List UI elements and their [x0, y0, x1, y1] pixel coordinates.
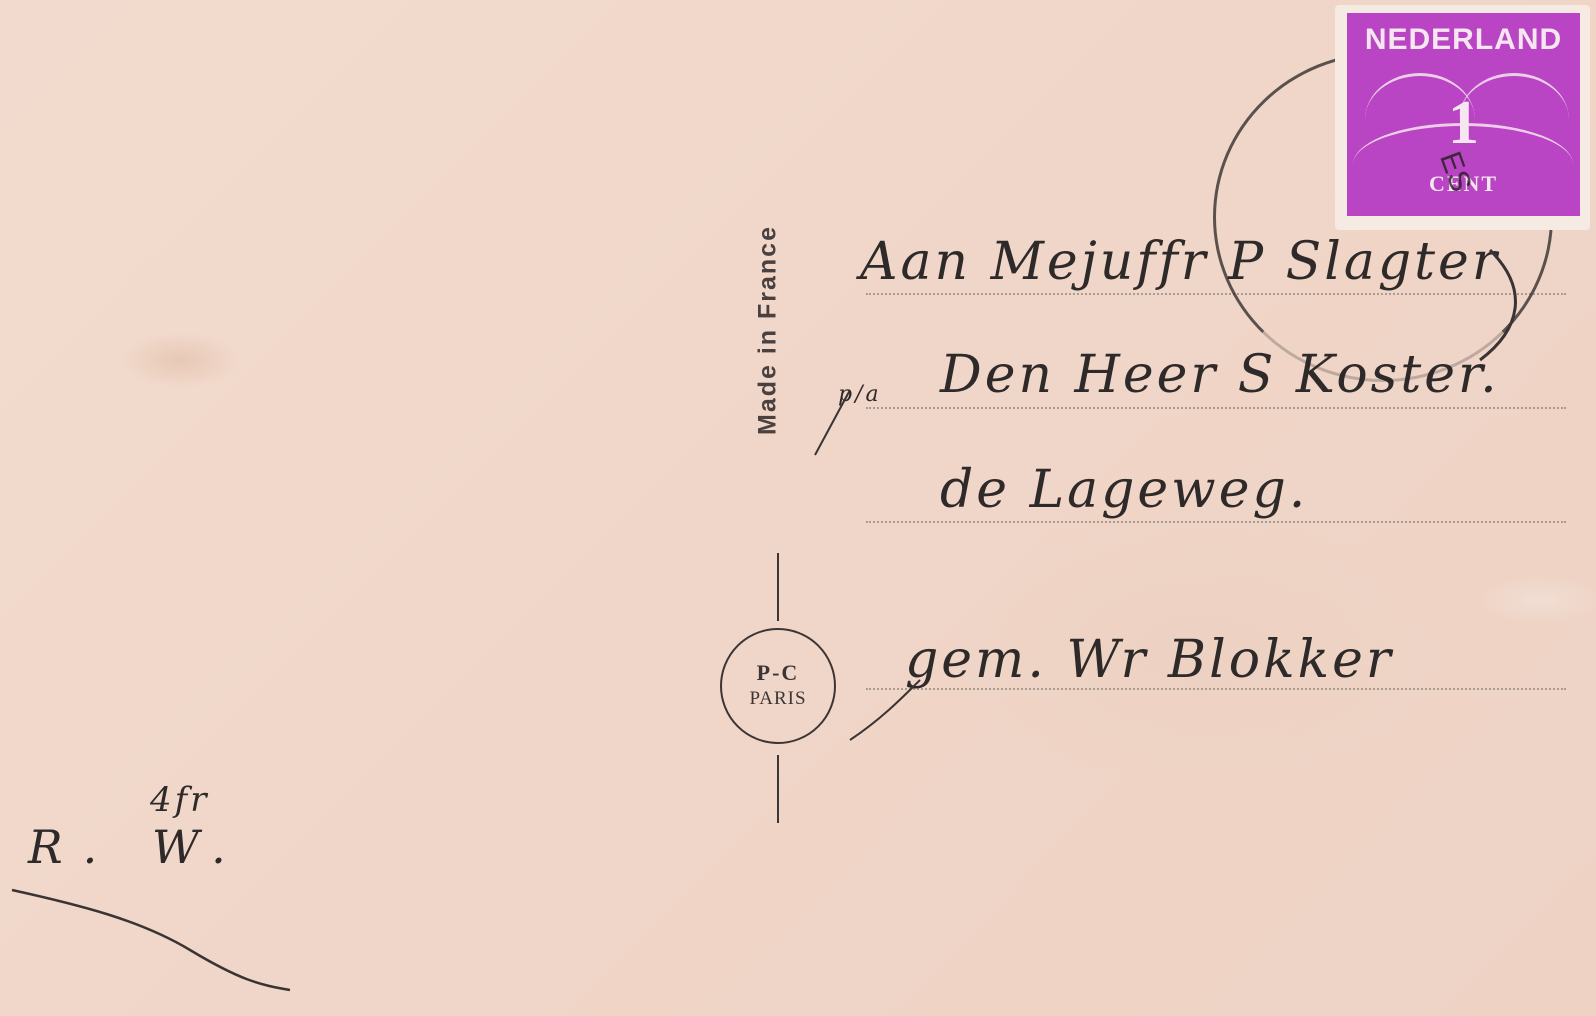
postmark-arc	[1480, 250, 1515, 360]
corner-underline-stroke	[12, 890, 290, 990]
ink-strokes	[0, 0, 1596, 1016]
flourish-stroke	[815, 390, 850, 455]
postcard-back: Made in France P-C PARIS Aan Mejuffr P S…	[0, 0, 1596, 1016]
flourish-stroke	[850, 680, 920, 740]
